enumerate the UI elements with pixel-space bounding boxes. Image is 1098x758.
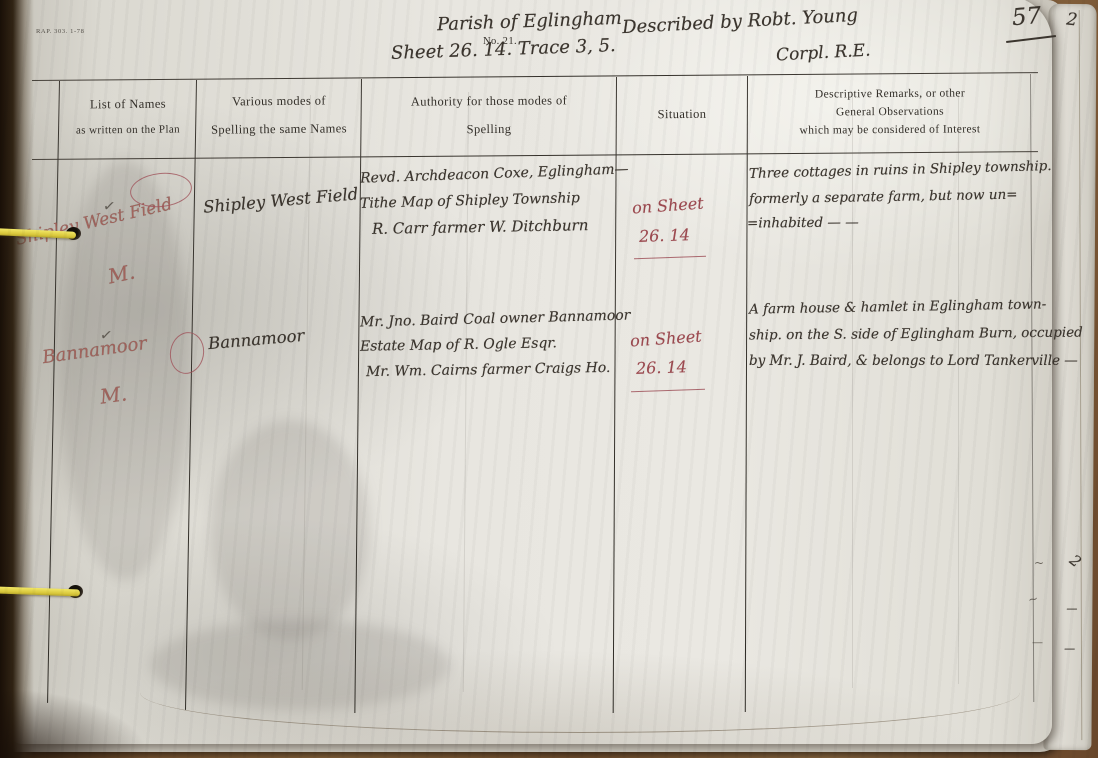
edge-dash: —	[1066, 602, 1077, 615]
row2-situation-line2: 26. 14	[636, 357, 688, 378]
binding-edge	[0, 0, 34, 758]
col5-header-line2: General Observations	[750, 105, 1030, 119]
row2-remarks-line3: by Mr. J. Baird, & belongs to Lord Tanke…	[749, 353, 1078, 369]
edge-ink-fragment: —	[1032, 636, 1043, 649]
showthrough-rule	[958, 92, 959, 684]
row1-authority-line3: R. Carr farmer W. Ditchburn	[372, 216, 589, 238]
paper-smudge	[210, 420, 370, 640]
col5-header-line3: which may be considered of Interest	[750, 123, 1030, 137]
row1-situation-line2: 26. 14	[639, 225, 691, 246]
adjacent-page-number: 2	[1065, 9, 1078, 30]
col2-header-line1: Various modes of	[198, 93, 360, 110]
edge-ink-fragment: ~	[1034, 556, 1044, 570]
col1-header-line1: List of Names	[60, 96, 196, 112]
row2-initials: M.	[98, 381, 128, 409]
book-photo: 2 2 — — RAP. 303. 1-78 57 Parish of Egli…	[0, 0, 1098, 758]
row1-remarks-line3: =inhabited — —	[747, 215, 859, 232]
showthrough-rule	[852, 92, 853, 688]
edge-dash-2: —	[1064, 642, 1075, 655]
col4-header: Situation	[618, 106, 746, 122]
page-bottom-edge	[140, 652, 1020, 733]
row1-tick-mark: ✓	[102, 196, 117, 216]
row2-remarks-line2: ship. on the S. side of Eglingham Burn, …	[749, 325, 1083, 344]
corner-shadow	[0, 688, 150, 758]
form-stamp: RAP. 303. 1-78	[36, 28, 85, 35]
col1-header-line2: as written on the Plan	[60, 123, 196, 136]
edge-scribble: 2	[1066, 551, 1085, 571]
col2-header-line2: Spelling the same Names	[198, 121, 360, 138]
col3-header-line1: Authority for those modes of	[363, 93, 615, 110]
page-number: 57	[1011, 3, 1042, 31]
next-page-crease	[1079, 10, 1083, 740]
row2-tick-mark: ✓	[99, 325, 114, 345]
col3-header-line2: Spelling	[363, 121, 615, 138]
col5-header-line1: Descriptive Remarks, or other	[750, 87, 1030, 101]
